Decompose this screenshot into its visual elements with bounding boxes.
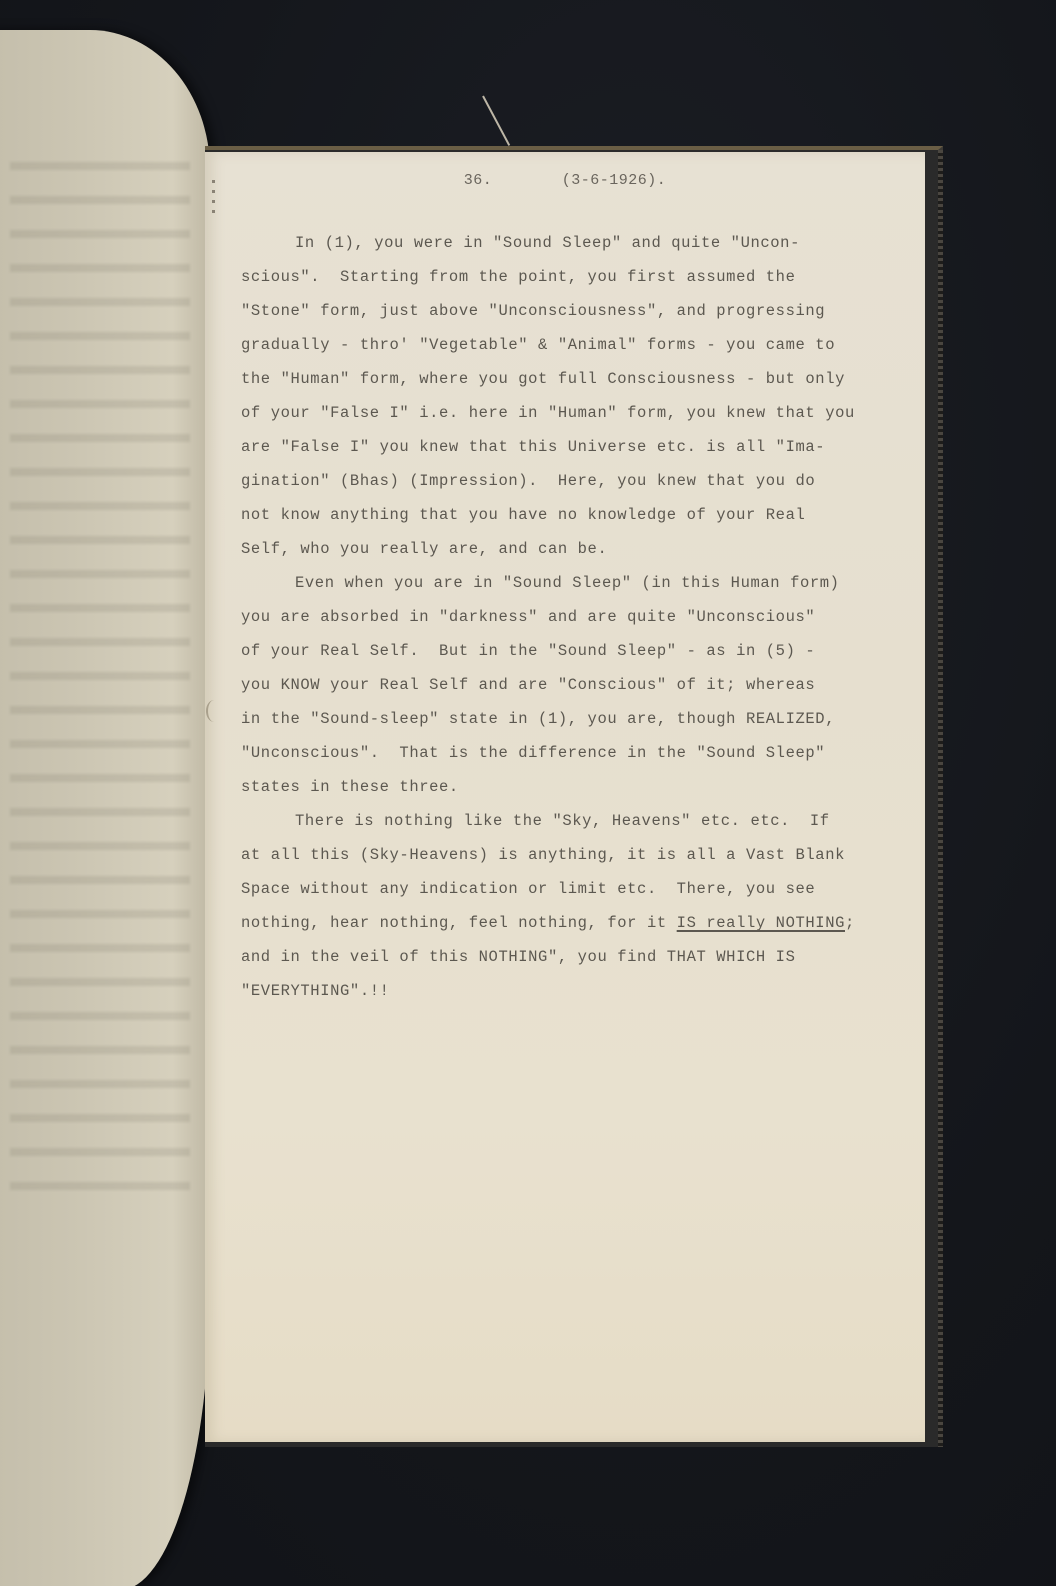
text-line: you KNOW your Real Self and are "Conscio… bbox=[241, 668, 921, 702]
text-line: nothing, hear nothing, feel nothing, for… bbox=[241, 906, 921, 940]
text-line: of your Real Self. But in the "Sound Sle… bbox=[241, 634, 921, 668]
text-line: the "Human" form, where you got full Con… bbox=[241, 362, 921, 396]
text-line: Space without any indication or limit et… bbox=[241, 872, 921, 906]
text-line: "Stone" form, just above "Unconsciousnes… bbox=[241, 294, 921, 328]
text-line: gradually - thro' "Vegetable" & "Animal"… bbox=[241, 328, 921, 362]
text-line: of your "False I" i.e. here in "Human" f… bbox=[241, 396, 921, 430]
text-line: Self, who you really are, and can be. bbox=[241, 532, 921, 566]
body-text: In (1), you were in "Sound Sleep" and qu… bbox=[241, 226, 921, 1008]
page-number: 36. bbox=[464, 172, 493, 189]
text-line: "EVERYTHING".!! bbox=[241, 974, 921, 1008]
page-date: (3-6-1926). bbox=[562, 172, 667, 189]
text-line: and in the veil of this NOTHING", you fi… bbox=[241, 940, 921, 974]
text-line: gination" (Bhas) (Impression). Here, you… bbox=[241, 464, 921, 498]
text-line: "Unconscious". That is the difference in… bbox=[241, 736, 921, 770]
text-line: Even when you are in "Sound Sleep" (in t… bbox=[241, 566, 921, 600]
text-line: states in these three. bbox=[241, 770, 921, 804]
text-line: In (1), you were in "Sound Sleep" and qu… bbox=[241, 226, 921, 260]
margin-pencil-mark bbox=[206, 700, 222, 722]
text-line: at all this (Sky-Heavens) is anything, i… bbox=[241, 838, 921, 872]
show-through-text bbox=[10, 140, 190, 1190]
text-line: are "False I" you knew that this Univers… bbox=[241, 430, 921, 464]
text-line: in the "Sound-sleep" state in (1), you a… bbox=[241, 702, 921, 736]
text-line: scious". Starting from the point, you fi… bbox=[241, 260, 921, 294]
left-facing-page bbox=[0, 30, 210, 1586]
text-line: There is nothing like the "Sky, Heavens"… bbox=[241, 804, 921, 838]
page-header: 36. (3-6-1926). bbox=[205, 172, 925, 189]
underlined-text: IS really NOTHING bbox=[677, 914, 845, 932]
text-line: you are absorbed in "darkness" and are q… bbox=[241, 600, 921, 634]
text-line: not know anything that you have no knowl… bbox=[241, 498, 921, 532]
typed-page: 36. (3-6-1926). In (1), you were in "Sou… bbox=[205, 152, 925, 1442]
binding-stitches bbox=[212, 180, 215, 220]
